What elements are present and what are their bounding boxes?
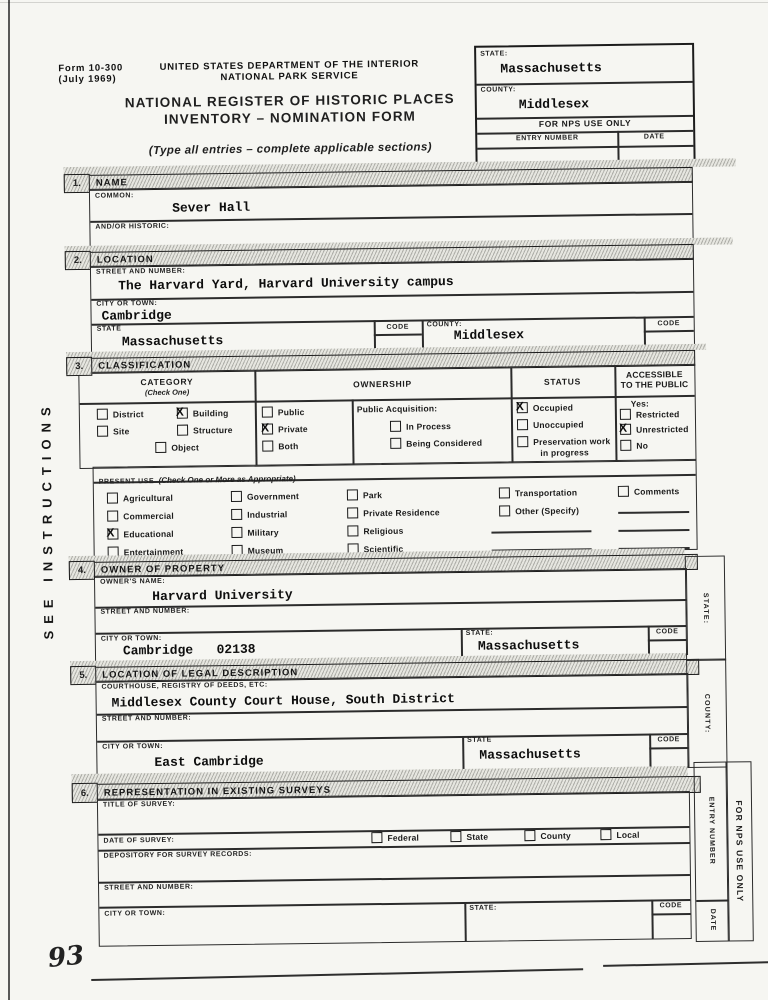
right-margin-entry-date-cell: ENTRY NUMBER DATE xyxy=(693,762,729,942)
code-label: CODE xyxy=(644,320,694,328)
handwritten-underline xyxy=(603,961,768,967)
blank-write-in-line xyxy=(618,511,689,513)
checkbox-label: Other (Specify) xyxy=(515,505,579,516)
state-value: Massachusetts xyxy=(479,746,581,762)
checkbox-box xyxy=(231,509,242,520)
section4-box: OWNER'S NAME: Harvard University STREET … xyxy=(94,568,688,663)
checkbox-both: Both xyxy=(262,440,298,451)
checkbox-box xyxy=(600,829,611,840)
checkbox-religious: Religious xyxy=(347,525,403,537)
checkbox-label: Restricted xyxy=(636,409,680,420)
checkbox-object: Object xyxy=(155,441,199,453)
checkbox-private-residence: Private Residence xyxy=(347,506,440,518)
checkbox-unrestricted: XUnrestricted xyxy=(620,423,689,435)
checkbox-label: Government xyxy=(247,491,299,502)
county-value: Middlesex xyxy=(454,327,524,343)
checkbox-box xyxy=(262,406,273,417)
section5-number: 5. xyxy=(70,666,96,685)
checkbox-label: Commercial xyxy=(123,510,174,521)
checkbox-state: State xyxy=(450,831,488,842)
section3-title: CLASSIFICATION xyxy=(98,360,191,372)
state-value: Massachusetts xyxy=(478,637,580,653)
status-header: STATUS xyxy=(510,376,614,387)
historic-name-label: AND/OR HISTORIC: xyxy=(95,223,169,231)
checkbox-in-process: In Process xyxy=(390,420,451,432)
checkbox-box xyxy=(450,831,461,842)
checkbox-being-considered: Being Considered xyxy=(390,437,482,449)
checkbox-label: Object xyxy=(171,442,199,452)
city-value: Cambridge 02138 xyxy=(123,642,256,659)
preservation-work-line2: in progress xyxy=(540,447,589,458)
checkbox-box: X xyxy=(107,528,118,539)
agency-heading: UNITED STATES DEPARTMENT OF THE INTERIOR… xyxy=(104,58,474,85)
see-instructions-note: SEE INSTRUCTIONS xyxy=(38,370,57,670)
checkbox-preservation-work: Preservation work xyxy=(517,435,610,447)
checkbox-box: X xyxy=(262,423,273,434)
street-label: STREET AND NUMBER: xyxy=(96,268,185,276)
courthouse-label: COURTHOUSE, REGISTRY OF DEEDS, ETC: xyxy=(101,682,267,691)
checkbox-mark: X xyxy=(619,421,627,435)
checkbox-government: Government xyxy=(231,490,299,502)
form-title: NATIONAL REGISTER OF HISTORIC PLACES INV… xyxy=(85,91,495,128)
section1-box: COMMON: Sever Hall AND/OR HISTORIC: xyxy=(89,181,694,248)
code-label: CODE xyxy=(648,628,687,636)
code-label: CODE xyxy=(649,736,688,744)
checkbox-park: Park xyxy=(347,489,382,500)
section2-title: LOCATION xyxy=(97,254,154,266)
street-value: The Harvard Yard, Harvard University cam… xyxy=(118,274,454,293)
checkbox-no: No xyxy=(620,440,648,451)
section3-number: 3. xyxy=(66,357,92,376)
checkbox-local: Local xyxy=(600,829,639,841)
checkbox-commercial: Commercial xyxy=(107,510,174,522)
checkbox-label: Agricultural xyxy=(123,492,173,503)
nps-use-only-label: FOR NPS USE ONLY xyxy=(477,117,693,130)
type-instruction: (Type all entries – complete applicable … xyxy=(85,141,495,158)
checkbox-military: Military xyxy=(231,526,278,538)
section4-number: 4. xyxy=(69,561,95,580)
handwritten-underline xyxy=(91,968,583,981)
scanned-nomination-form-page: Form 10-300 (July 1969) UNITED STATES DE… xyxy=(0,0,768,1000)
street-label: STREET AND NUMBER: xyxy=(104,884,193,892)
checkbox-restricted: Restricted xyxy=(620,408,680,420)
checkbox-box xyxy=(107,492,118,503)
checkbox-public: Public xyxy=(262,406,305,418)
entry-number-label: ENTRY NUMBER xyxy=(477,134,617,143)
checkbox-box xyxy=(618,486,629,497)
checkbox-other: Other (Specify) xyxy=(499,504,579,516)
checkbox-box xyxy=(620,409,631,420)
city-label: CITY OR TOWN: xyxy=(96,300,157,308)
state-label: STATE: xyxy=(466,630,494,637)
classification-table: CATEGORY (Check One) OWNERSHIP STATUS AC… xyxy=(78,364,696,469)
street-label: STREET AND NUMBER: xyxy=(100,608,189,616)
state-label: STATE xyxy=(97,325,122,332)
checkbox-label: Occupied xyxy=(533,402,573,413)
checkbox-mark: X xyxy=(516,399,524,413)
city-value: East Cambridge xyxy=(154,754,263,770)
state-label: STATE: xyxy=(469,905,497,912)
present-use-label: PRESENT USE xyxy=(99,478,155,486)
right-margin-county-cell: COUNTY: xyxy=(686,659,727,769)
checkbox-educational: XEducational xyxy=(107,528,174,540)
checkbox-label: Unoccupied xyxy=(533,419,584,430)
checkbox-box xyxy=(177,425,188,436)
checkbox-box xyxy=(262,440,273,451)
checkbox-label: Educational xyxy=(123,528,174,539)
checkbox-label: District xyxy=(113,409,144,419)
checkbox-box xyxy=(347,525,358,536)
checkbox-box xyxy=(620,440,631,451)
right-margin-nps-cell: FOR NPS USE ONLY xyxy=(725,761,753,941)
ownership-header: OWNERSHIP xyxy=(254,377,510,390)
state-label: STATE: xyxy=(480,50,508,57)
street-label: STREET AND NUMBER: xyxy=(102,715,191,723)
state-value: Massachusetts xyxy=(122,333,224,349)
section1-title: NAME xyxy=(96,177,128,188)
checkbox-private: XPrivate xyxy=(262,423,308,435)
owner-name-value: Harvard University xyxy=(152,587,293,604)
common-name-value: Sever Hall xyxy=(172,200,250,216)
common-name-label: COMMON: xyxy=(95,192,134,200)
section4-title: OWNER OF PROPERTY xyxy=(101,563,225,576)
checkbox-label: Unrestricted xyxy=(636,424,689,435)
section5-box: COURTHOUSE, REGISTRY OF DEEDS, ETC: Midd… xyxy=(95,673,689,776)
accessible-yes-label: Yes: xyxy=(631,399,649,409)
checkbox-mark: X xyxy=(176,405,184,419)
checkbox-label: Comments xyxy=(634,486,680,497)
blank-write-in-line xyxy=(618,529,689,531)
page-content: Form 10-300 (July 1969) UNITED STATES DE… xyxy=(0,0,768,1000)
checkbox-federal: Federal xyxy=(371,832,419,844)
checkbox-label: Military xyxy=(247,527,278,537)
checkbox-box: X xyxy=(620,424,631,435)
checkbox-box xyxy=(499,487,510,498)
checkbox-box xyxy=(347,507,358,518)
checkbox-box xyxy=(371,832,382,843)
owner-name-label: OWNER'S NAME: xyxy=(100,578,165,586)
checkbox-label: Preservation work xyxy=(533,436,610,447)
right-county-label: COUNTY: xyxy=(687,660,726,767)
code-label: CODE xyxy=(651,902,690,910)
right-margin-state-cell: STATE: xyxy=(685,556,726,662)
checkbox-label: Structure xyxy=(193,424,233,435)
handwritten-page-number: 93 xyxy=(47,940,86,973)
county-value: Middlesex xyxy=(519,96,589,112)
checkbox-box xyxy=(347,489,358,500)
checkbox-mark: X xyxy=(261,420,269,434)
code-label: CODE xyxy=(374,323,422,331)
state-value: Massachusetts xyxy=(500,60,602,76)
checkbox-occupied: XOccupied xyxy=(517,402,573,414)
courthouse-value: Middlesex County Court House, South Dist… xyxy=(112,691,455,710)
form-title-line2: INVENTORY – NOMINATION FORM xyxy=(85,108,495,128)
checkbox-label: Park xyxy=(363,490,382,500)
checkbox-box xyxy=(517,436,528,447)
state-label: STATE xyxy=(467,737,492,744)
right-entry-number-label: ENTRY NUMBER xyxy=(694,763,728,900)
checkbox-box xyxy=(524,830,535,841)
checkbox-district: District xyxy=(97,408,144,420)
checkbox-box xyxy=(231,491,242,502)
section2-number: 2. xyxy=(65,251,91,270)
survey-date-label: DATE OF SURVEY: xyxy=(103,837,174,845)
checkbox-box xyxy=(155,442,166,453)
checkbox-building: XBuilding xyxy=(177,407,229,419)
nps-state-county-box: STATE: Massachusetts COUNTY: Middlesex F… xyxy=(474,43,696,166)
category-subheader: (Check One) xyxy=(80,387,255,398)
accessible-header-line2: TO THE PUBLIC xyxy=(614,379,694,390)
section6-box: TITLE OF SURVEY: DATE OF SURVEY: Federal… xyxy=(97,791,692,947)
date-label: DATE xyxy=(617,133,691,141)
checkbox-label: Industrial xyxy=(247,509,287,520)
checkbox-industrial: Industrial xyxy=(231,508,287,520)
checkbox-box xyxy=(107,510,118,521)
checkbox-box xyxy=(231,527,242,538)
city-label: CITY OR TOWN: xyxy=(104,910,165,918)
city-label: CITY OR TOWN: xyxy=(102,743,163,751)
checkbox-box xyxy=(390,421,401,432)
checkbox-box xyxy=(499,505,510,516)
checkbox-label: Both xyxy=(278,441,298,451)
present-use-header: PRESENT USE (Check One or More as Approp… xyxy=(99,468,296,489)
checkbox-label: State xyxy=(466,831,488,841)
checkbox-label: No xyxy=(636,440,648,450)
section1-number: 1. xyxy=(64,174,90,193)
checkbox-box: X xyxy=(517,402,528,413)
checkbox-comments: Comments xyxy=(618,485,680,497)
section2-box: STREET AND NUMBER: The Harvard Yard, Har… xyxy=(90,258,695,354)
checkbox-label: Religious xyxy=(363,525,403,536)
checkbox-unoccupied: Unoccupied xyxy=(517,418,584,430)
checkbox-label: Public xyxy=(278,407,305,417)
right-date-label: DATE xyxy=(696,900,729,941)
checkbox-label: Private Residence xyxy=(363,507,440,518)
checkbox-label: In Process xyxy=(406,421,451,432)
right-nps-only-label: FOR NPS USE ONLY xyxy=(726,762,752,940)
right-state-label: STATE: xyxy=(686,557,725,660)
checkbox-label: Building xyxy=(193,408,229,418)
checkbox-label: Being Considered xyxy=(406,437,482,448)
present-use-note: (Check One or More as Appropriate) xyxy=(159,474,296,485)
checkbox-label: Transportation xyxy=(515,487,577,498)
acquisition-label: Public Acquisition: xyxy=(357,403,438,414)
checkbox-site: Site xyxy=(97,425,130,436)
checkbox-county: County xyxy=(524,830,571,842)
city-label: CITY OR TOWN: xyxy=(101,635,162,643)
checkbox-label: Federal xyxy=(387,832,419,842)
checkbox-mark: X xyxy=(106,526,114,540)
survey-title-label: TITLE OF SURVEY: xyxy=(103,801,175,809)
checkbox-transportation: Transportation xyxy=(499,486,577,498)
checkbox-box xyxy=(97,426,108,437)
county-label: COUNTY: xyxy=(481,86,516,93)
checkbox-structure: Structure xyxy=(177,424,233,436)
checkbox-box xyxy=(97,409,108,420)
checkbox-label: County xyxy=(540,830,571,840)
checkbox-label: Local xyxy=(616,829,639,839)
checkbox-box xyxy=(517,419,528,430)
section6-number: 6. xyxy=(72,783,98,803)
checkbox-label: Site xyxy=(113,426,130,436)
checkbox-box: X xyxy=(177,408,188,419)
depository-label: DEPOSITORY FOR SURVEY RECORDS: xyxy=(104,851,252,860)
present-use-box: PRESENT USE (Check One or More as Approp… xyxy=(93,459,698,558)
checkbox-label: Private xyxy=(278,423,308,433)
checkbox-box xyxy=(390,438,401,449)
city-value: Cambridge xyxy=(101,308,171,324)
blank-write-in-line xyxy=(491,530,591,533)
checkbox-agricultural: Agricultural xyxy=(107,492,173,504)
